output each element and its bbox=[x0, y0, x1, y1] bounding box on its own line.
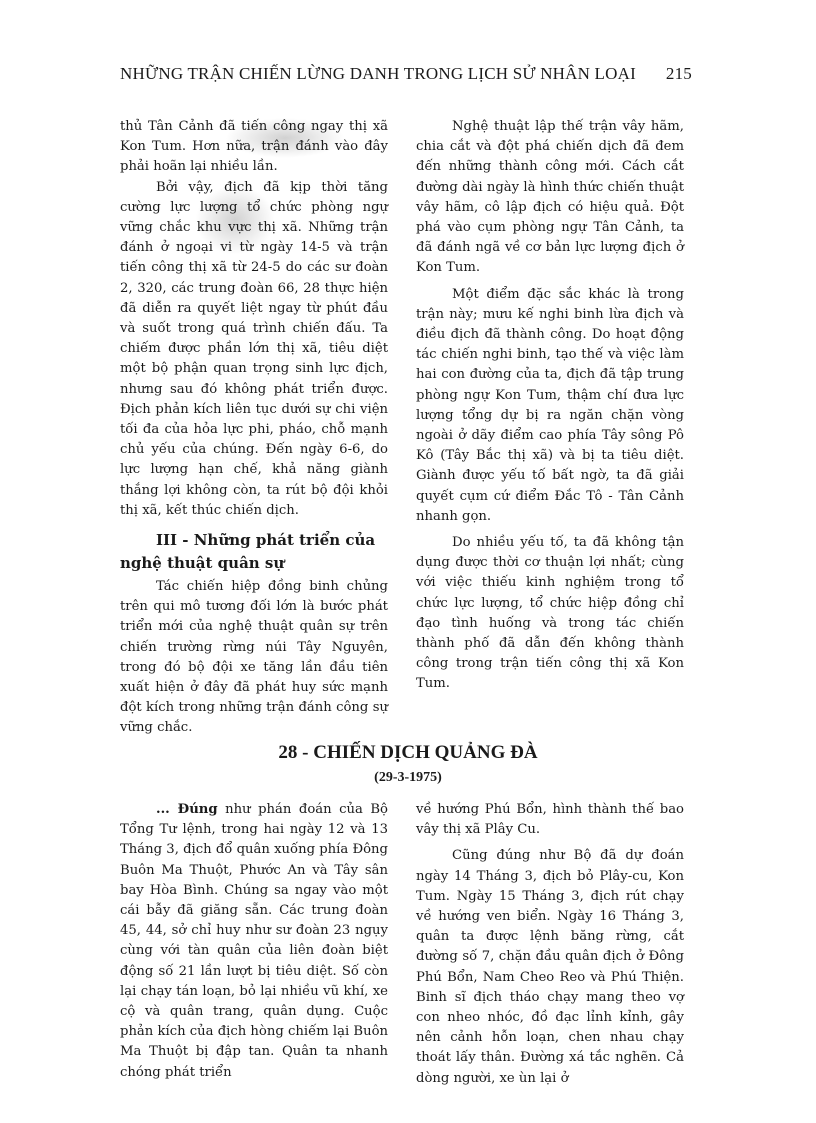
section-heading-line: III - Những phát triển của bbox=[120, 529, 388, 552]
paragraph: thủ Tân Cảnh đã tiến công ngay thị xã Ko… bbox=[120, 117, 388, 178]
paragraph: về hướng Phú Bổn, hình thành thế bao vây… bbox=[416, 800, 684, 840]
paragraph: Một điểm đặc sắc khác là trong trận này;… bbox=[416, 285, 684, 527]
paragraph: Do nhiều yếu tố, ta đã không tận dụng đư… bbox=[416, 533, 684, 695]
paragraph: ... Đúng như phán đoán của Bộ Tổng Tư lệ… bbox=[120, 800, 388, 1083]
chapter-title: 28 - CHIẾN DỊCH QUẢNG ĐÀ bbox=[0, 742, 816, 764]
paragraph-text: như phán đoán của Bộ Tổng Tư lệnh, trong… bbox=[120, 802, 388, 1080]
running-header: NHỮNG TRẬN CHIẾN LỪNG DANH TRONG LỊCH SỬ… bbox=[120, 64, 692, 84]
running-title: NHỮNG TRẬN CHIẾN LỪNG DANH TRONG LỊCH SỬ… bbox=[120, 64, 636, 84]
paragraph: Nghệ thuật lập thế trận vây hãm, chia cắ… bbox=[416, 117, 684, 279]
chapter-date: (29-3-1975) bbox=[0, 770, 816, 786]
column-left-bottom: ... Đúng như phán đoán của Bộ Tổng Tư lệ… bbox=[120, 800, 388, 1083]
section-heading-line: nghệ thuật quân sự bbox=[120, 554, 284, 572]
column-left-top: thủ Tân Cảnh đã tiến công ngay thị xã Ko… bbox=[120, 117, 388, 739]
column-right-bottom: về hướng Phú Bổn, hình thành thế bao vây… bbox=[416, 800, 684, 1089]
column-right-top: Nghệ thuật lập thế trận vây hãm, chia cắ… bbox=[416, 117, 684, 695]
paragraph: Bởi vậy, địch đã kịp thời tăng cường lực… bbox=[120, 178, 388, 521]
lead-word: ... Đúng bbox=[156, 802, 218, 817]
section-heading: III - Những phát triển của nghệ thuật qu… bbox=[120, 529, 388, 575]
page-number: 215 bbox=[666, 64, 692, 84]
paragraph: Tác chiến hiệp đồng binh chủng trên qui … bbox=[120, 577, 388, 739]
paragraph: Cũng đúng như Bộ đã dự đoán ngày 14 Thán… bbox=[416, 846, 684, 1088]
